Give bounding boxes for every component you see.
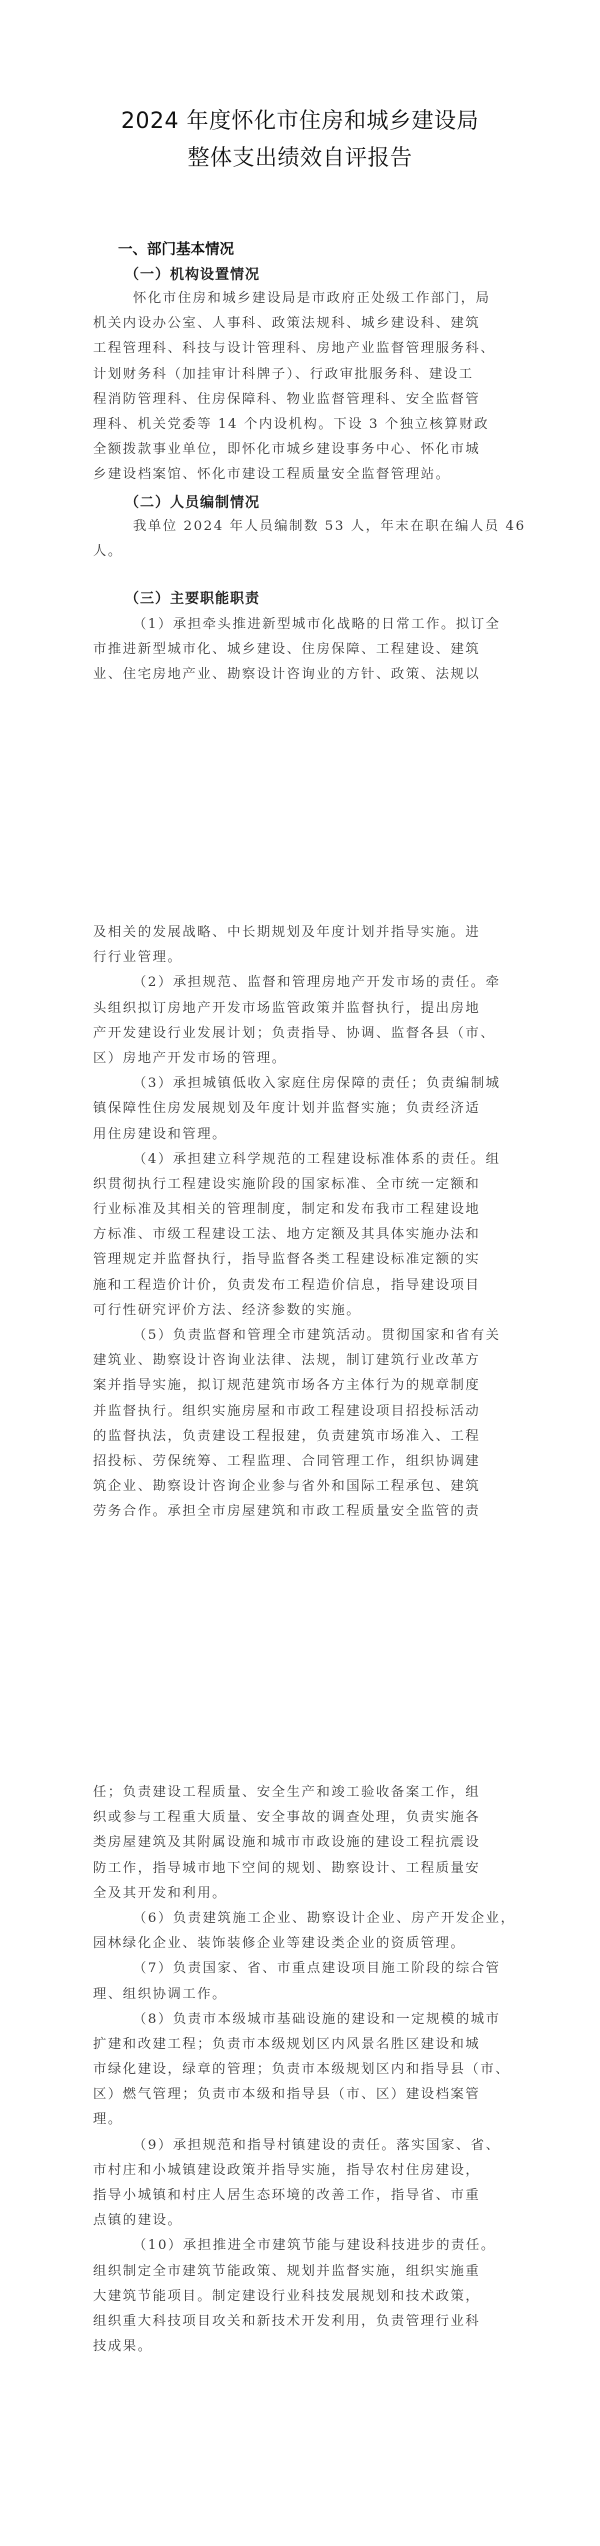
text-line: （10）承担推进全市建筑节能与建设科技进步的责任。 <box>93 2233 509 2258</box>
text-line: 工程管理科、科技与设计管理科、房地产业监督管理服务科、 <box>93 336 509 361</box>
text-line: 业、住宅房地产业、勘察设计咨询业的方针、政策、法规以 <box>93 662 509 687</box>
text-line: （7）负责国家、省、市重点建设项目施工阶段的综合管 <box>93 1956 509 1981</box>
text-line: 市绿化建设，绿章的管理；负责市本级规划区内和指导县（市、 <box>93 2057 509 2082</box>
text-line: 行行业管理。 <box>93 945 509 970</box>
text-line: 案并指导实施，拟订规范建筑市场各方主体行为的规章制度 <box>93 1373 509 1398</box>
text-line: 理。 <box>93 2107 509 2132</box>
text-line: （3）承担城镇低收入家庭住房保障的责任；负责编制城 <box>93 1071 509 1096</box>
text-line: 织或参与工程重大质量、安全事故的调查处理，负责实施各 <box>93 1805 509 1830</box>
text-line: （4）承担建立科学规范的工程建设标准体系的责任。组 <box>93 1147 509 1172</box>
text-line: 区）房地产开发市场的管理。 <box>93 1046 509 1071</box>
text-line: 乡建设档案馆、怀化市建设工程质量安全监督管理站。 <box>93 462 509 487</box>
text-line: 头组织拟订房地产开发市场监管政策并监督执行，提出房地 <box>93 996 509 1021</box>
text-line: （2）承担规范、监督和管理房地产开发市场的责任。牵 <box>93 970 509 995</box>
text-line: 理、组织协调工作。 <box>93 1982 509 2007</box>
report-title-line-1: 2024 年度怀化市住房和城乡建设局 <box>0 104 600 135</box>
text-line: 类房屋建筑及其附属设施和城市市政设施的建设工程抗震设 <box>93 1830 509 1855</box>
text-line: 市村庄和小城镇建设政策并指导实施，指导农村住房建设， <box>93 2158 509 2183</box>
text-line: 劳务合作。承担全市房屋建筑和市政工程质量安全监管的责 <box>93 1499 509 1524</box>
text-line: 点镇的建设。 <box>93 2208 509 2233</box>
staffing-paragraph: 我单位 2024 年人员编制数 53 人，年末在职在编人员 46 人。 <box>93 514 509 564</box>
section-heading-basic-info: 一、部门基本情况 <box>118 238 234 259</box>
text-line: （1）承担牵头推进新型城市化战略的日常工作。拟订全 <box>93 612 509 637</box>
text-line: 区）燃气管理；负责市本级和指导县（市、区）建设档案管 <box>93 2082 509 2107</box>
text-line: 全及其开发和利用。 <box>93 1881 509 1906</box>
text-line: 技成果。 <box>93 2334 509 2359</box>
text-line: 可行性研究评价方法、经济参数的实施。 <box>93 1298 509 1323</box>
text-line: 招投标、劳保统筹、工程监理、合同管理工作，组织协调建 <box>93 1449 509 1474</box>
text-line: 人。 <box>93 539 509 564</box>
text-line: （9）承担规范和指导村镇建设的责任。落实国家、省、 <box>93 2133 509 2158</box>
text-line: 的监督执法，负责建设工程报建，负责建筑市场准入、工程 <box>93 1424 509 1449</box>
text-line: （6）负责建筑施工企业、勘察设计企业、房产开发企业， <box>93 1906 509 1931</box>
functions-block-1: （1）承担牵头推进新型城市化战略的日常工作。拟订全 市推进新型城市化、城乡建设、… <box>93 612 509 688</box>
text-line: 任；负责建设工程质量、安全生产和竣工验收备案工作，组 <box>93 1780 509 1805</box>
text-line: 计划财务科（加挂审计科牌子）、行政审批服务科、建设工 <box>93 362 509 387</box>
text-line: 程消防管理科、住房保障科、物业监督管理科、安全监督管 <box>93 387 509 412</box>
text-line: 我单位 2024 年人员编制数 53 人，年末在职在编人员 46 <box>93 514 509 539</box>
text-line: 园林绿化企业、装饰装修企业等建设类企业的资质管理。 <box>93 1931 509 1956</box>
subsection-heading-organization: （一）机构设置情况 <box>125 264 260 284</box>
report-title-line-2: 整体支出绩效自评报告 <box>0 141 600 172</box>
text-line: （5）负责监督和管理全市建筑活动。贯彻国家和省有关 <box>93 1323 509 1348</box>
text-line: 织贯彻执行工程建设实施阶段的国家标准、全市统一定额和 <box>93 1172 509 1197</box>
text-line: （8）负责市本级城市基础设施的建设和一定规模的城市 <box>93 2007 509 2032</box>
text-line: 管理规定并监督执行，指导监督各类工程建设标准定额的实 <box>93 1247 509 1272</box>
text-line: 怀化市住房和城乡建设局是市政府正处级工作部门，局 <box>93 286 509 311</box>
text-line: 大建筑节能项目。制定建设行业科技发展规划和技术政策， <box>93 2284 509 2309</box>
text-line: 镇保障性住房发展规划及年度计划并监督实施；负责经济适 <box>93 1096 509 1121</box>
text-line: 防工作，指导城市地下空间的规划、勘察设计、工程质量安 <box>93 1856 509 1881</box>
text-line: 用住房建设和管理。 <box>93 1122 509 1147</box>
text-line: 建筑业、勘察设计咨询业法律、法规，制订建筑行业改革方 <box>93 1348 509 1373</box>
text-line: 施和工程造价计价，负责发布工程造价信息，指导建设项目 <box>93 1273 509 1298</box>
organization-paragraph: 怀化市住房和城乡建设局是市政府正处级工作部门，局 机关内设办公室、人事科、政策法… <box>93 286 509 488</box>
text-line: 并监督执行。组织实施房屋和市政工程建设项目招投标活动 <box>93 1399 509 1424</box>
text-line: 指导小城镇和村庄人居生态环境的改善工作，指导省、市重 <box>93 2183 509 2208</box>
text-line: 组织重大科技项目攻关和新技术开发利用，负责管理行业科 <box>93 2309 509 2334</box>
text-line: 机关内设办公室、人事科、政策法规科、城乡建设科、建筑 <box>93 311 509 336</box>
functions-block-2: 及相关的发展战略、中长期规划及年度计划并指导实施。进 行行业管理。 （2）承担规… <box>93 920 509 1525</box>
text-line: 行业标准及其相关的管理制度，制定和发布我市工程建设地 <box>93 1197 509 1222</box>
text-line: 理科、机关党委等 14 个内设机构。下设 3 个独立核算财政 <box>93 412 509 437</box>
text-line: 全额拨款事业单位，即怀化市城乡建设事务中心、怀化市城 <box>93 437 509 462</box>
subsection-heading-functions: （三）主要职能职责 <box>125 588 260 608</box>
document-page: 2024 年度怀化市住房和城乡建设局 整体支出绩效自评报告 一、部门基本情况 （… <box>0 0 600 2546</box>
text-line: 方标准、市级工程建设工法、地方定额及其具体实施办法和 <box>93 1222 509 1247</box>
subsection-heading-staffing: （二）人员编制情况 <box>125 492 260 512</box>
text-line: 扩建和改建工程；负责市本级规划区内风景名胜区建设和城 <box>93 2032 509 2057</box>
functions-block-3: 任；负责建设工程质量、安全生产和竣工验收备案工作，组 织或参与工程重大质量、安全… <box>93 1780 509 2359</box>
text-line: 组织制定全市建筑节能政策、规划并监督实施，组织实施重 <box>93 2259 509 2284</box>
text-line: 筑企业、勘察设计咨询企业参与省外和国际工程承包、建筑 <box>93 1474 509 1499</box>
text-line: 产开发建设行业发展计划；负责指导、协调、监督各县（市、 <box>93 1021 509 1046</box>
text-line: 及相关的发展战略、中长期规划及年度计划并指导实施。进 <box>93 920 509 945</box>
text-line: 市推进新型城市化、城乡建设、住房保障、工程建设、建筑 <box>93 637 509 662</box>
